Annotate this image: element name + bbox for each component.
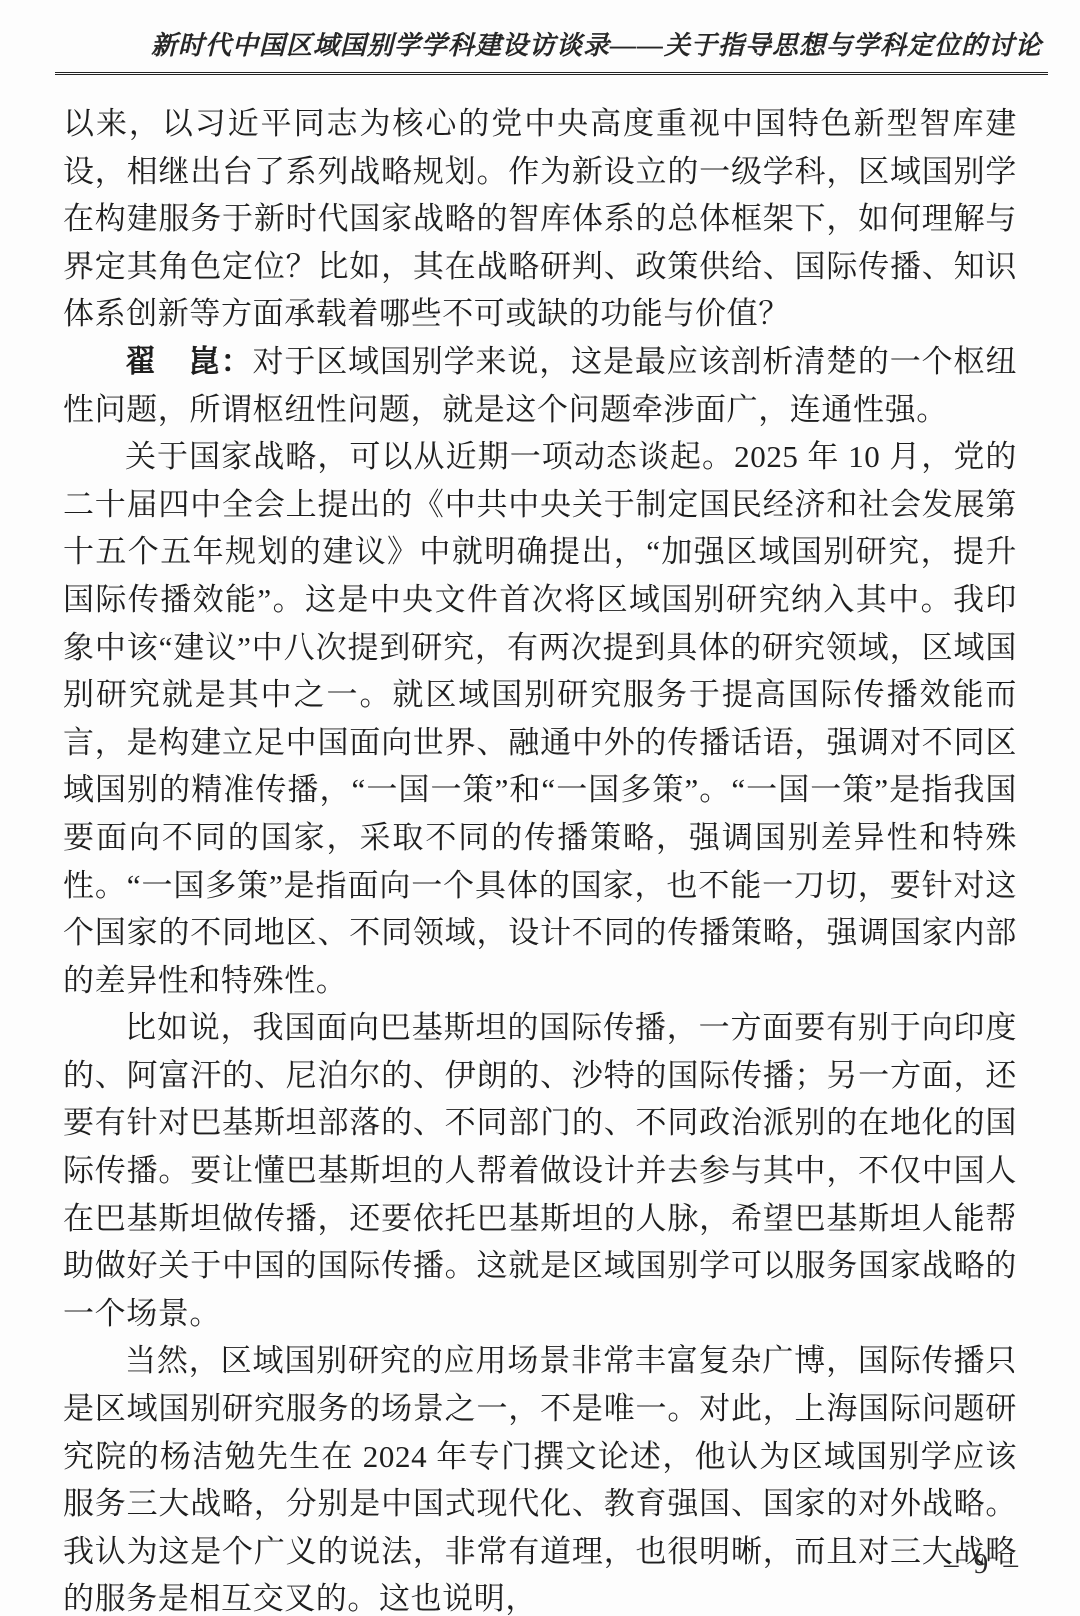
paragraph: 关于国家战略，可以从近期一项动态谈起。2025 年 10 月，党的二十届四中全会… <box>63 433 1017 1004</box>
paragraph: 当然，区域国别研究的应用场景非常丰富复杂广博，国际传播只是区域国别研究服务的场景… <box>63 1337 1017 1616</box>
paragraph-text: 关于国家战略，可以从近期一项动态谈起。2025 年 10 月，党的二十届四中全会… <box>63 439 1017 998</box>
speaker-name: 翟 崑： <box>125 344 252 379</box>
document-page: 新时代中国区域国别学学科建设访谈录——关于指导思想与学科定位的讨论 以来，以习近… <box>0 0 1080 1616</box>
running-head-title: 新时代中国区域国别学学科建设访谈录——关于指导思想与学科定位的讨论 <box>55 30 1048 62</box>
paragraph-continuation: 以来，以习近平同志为核心的党中央高度重视中国特色新型智库建设，相继出台了系列战略… <box>63 100 1017 338</box>
body-text: 以来，以习近平同志为核心的党中央高度重视中国特色新型智库建设，相继出台了系列战略… <box>63 100 1017 1616</box>
paragraph-text: 以来，以习近平同志为核心的党中央高度重视中国特色新型智库建设，相继出台了系列战略… <box>63 106 1017 331</box>
page-number: – 9 – <box>944 1546 1022 1582</box>
paragraph: 比如说，我国面向巴基斯坦的国际传播，一方面要有别于向印度的、阿富汗的、尼泊尔的、… <box>63 1004 1017 1337</box>
paragraph-speaker-answer: 翟 崑：对于区域国别学来说，这是最应该剖析清楚的一个枢纽性问题，所谓枢纽性问题，… <box>63 338 1017 433</box>
paragraph-text: 当然，区域国别研究的应用场景非常丰富复杂广博，国际传播只是区域国别研究服务的场景… <box>63 1343 1017 1616</box>
paragraph-text: 比如说，我国面向巴基斯坦的国际传播，一方面要有别于向印度的、阿富汗的、尼泊尔的、… <box>63 1010 1017 1331</box>
running-head: 新时代中国区域国别学学科建设访谈录——关于指导思想与学科定位的讨论 <box>55 0 1048 75</box>
